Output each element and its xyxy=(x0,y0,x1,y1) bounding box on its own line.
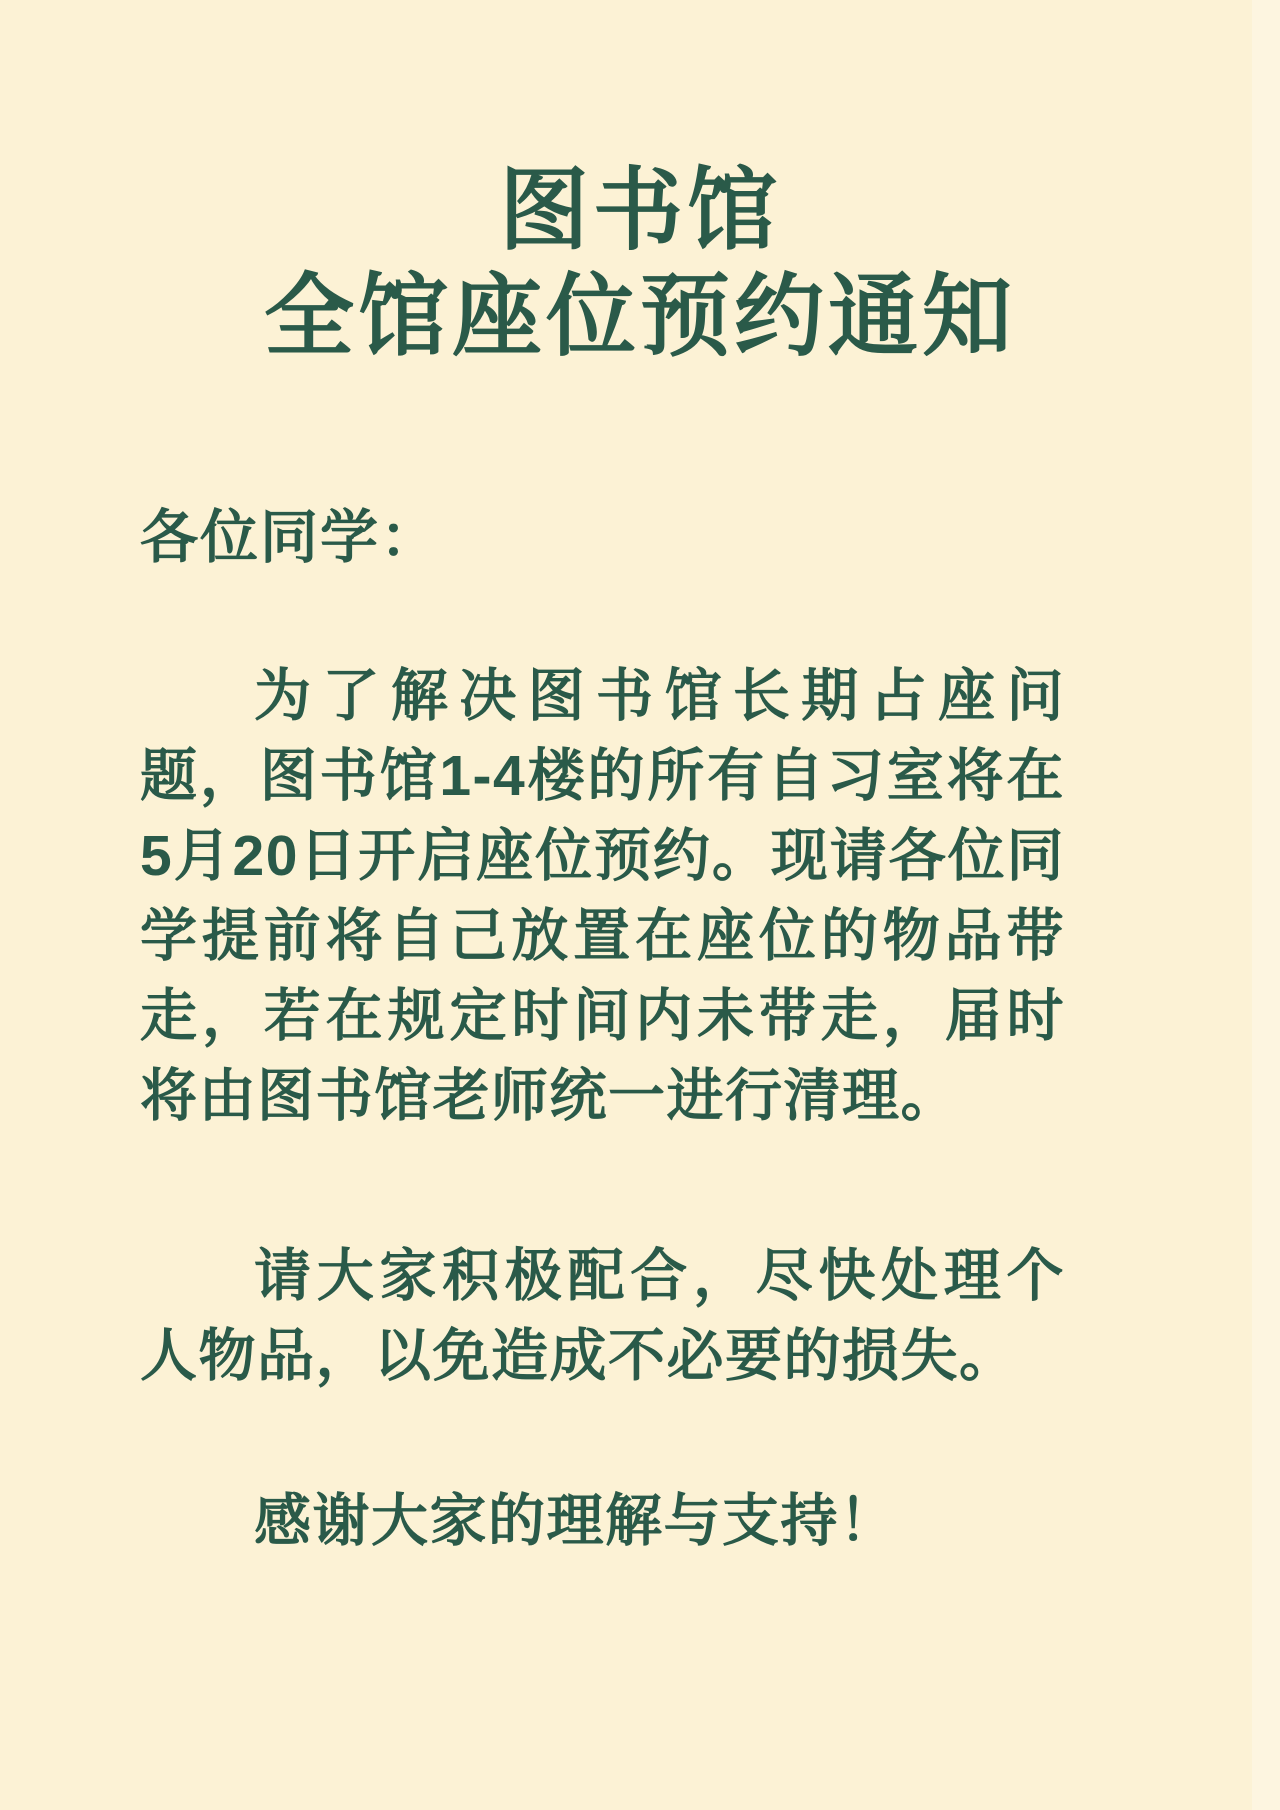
notice-body: 各位同学： 为了解决图书馆长期占座问题，图书馆1-4楼的所有自习室将在5月20日… xyxy=(0,498,1280,1561)
notice-poster: 图书馆 全馆座位预约通知 各位同学： 为了解决图书馆长期占座问题，图书馆1-4楼… xyxy=(0,0,1280,1810)
paragraph-thanks: 感谢大家的理解与支持！ xyxy=(140,1481,1065,1561)
paragraph-main: 为了解决图书馆长期占座问题，图书馆1-4楼的所有自习室将在5月20日开启座位预约… xyxy=(140,656,1065,1136)
notice-title: 图书馆 全馆座位预约通知 xyxy=(0,158,1280,370)
paragraph-cooperation: 请大家积极配合，尽快处理个人物品，以免造成不必要的损失。 xyxy=(140,1236,1065,1396)
title-line-1: 图书馆 xyxy=(0,158,1280,264)
salutation: 各位同学： xyxy=(140,498,1065,578)
title-line-2: 全馆座位预约通知 xyxy=(0,264,1280,370)
